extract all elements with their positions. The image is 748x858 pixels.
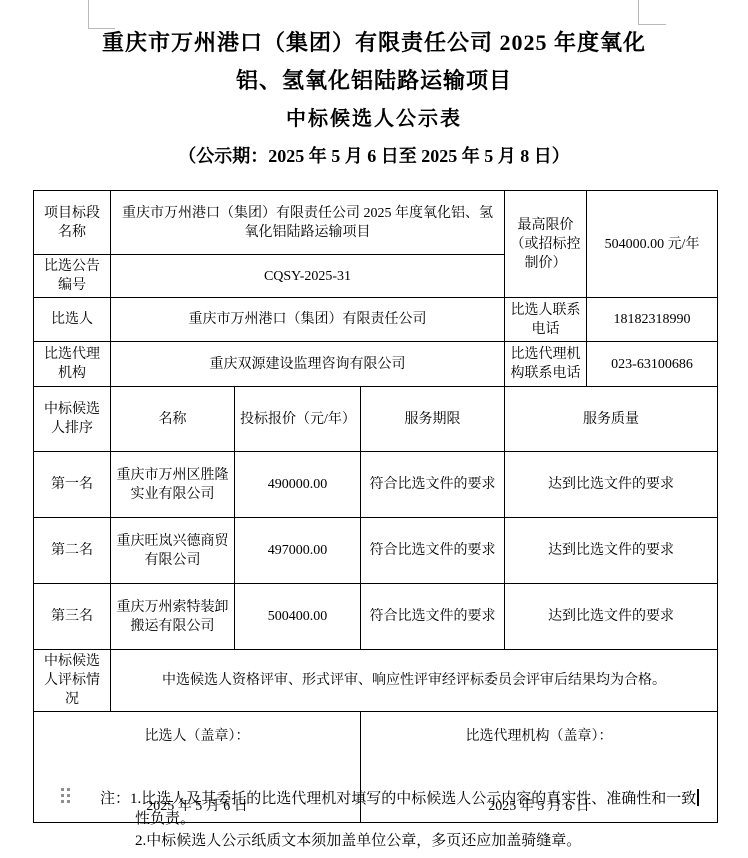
candidate-service-quality: 达到比选文件的要求 (505, 452, 718, 518)
evaluation-label: 中标候选人评标情况 (34, 650, 111, 712)
agency-seal-label: 比选代理机构（盖章）： (374, 727, 704, 746)
candidates-header-service-quality: 服务质量 (505, 387, 718, 452)
agency-value: 重庆双源建设监理咨询有限公司 (111, 342, 505, 387)
candidates-header-service-period: 服务期限 (361, 387, 505, 452)
candidate-bid-price: 500400.00 (235, 584, 361, 650)
project-section-label: 项目标段名称 (34, 191, 111, 255)
document-subtitle: 中标候选人公示表 (0, 106, 748, 132)
table-row-evaluation: 中标候选人评标情况 中选候选人资格评审、形式评审、响应性评审经评标委员会评审后结… (34, 650, 718, 712)
publicity-period: （公示期：2025 年 5 月 6 日至 2025 年 5 月 8 日） (0, 144, 748, 168)
table-row-candidate-3: 第三名 重庆万州索特装卸搬运有限公司 500400.00 符合比选文件的要求 达… (34, 584, 718, 650)
document-title-line1: 重庆市万州港口（集团）有限责任公司 2025 年度氧化 (0, 29, 748, 57)
table-row-selector: 比选人 重庆市万州港口（集团）有限责任公司 比选人联系电话 1818231899… (34, 298, 718, 342)
evaluation-value: 中选候选人资格评审、形式评审、响应性评审经评标委员会评审后结果均为合格。 (111, 650, 718, 712)
candidate-name: 重庆市万州区胜隆实业有限公司 (111, 452, 235, 518)
candidate-rank: 第一名 (34, 452, 111, 518)
candidate-service-period: 符合比选文件的要求 (361, 518, 505, 584)
text-boundary-mark-top-right-icon (638, 0, 666, 25)
selector-value: 重庆市万州港口（集团）有限责任公司 (111, 298, 505, 342)
selector-phone-label: 比选人联系电话 (505, 298, 587, 342)
candidates-header-bid-price: 投标报价（元/年） (235, 387, 361, 452)
candidate-bid-price: 497000.00 (235, 518, 361, 584)
table-row-project: 项目标段名称 重庆市万州港口（集团）有限责任公司 2025 年度氧化铝、氢氧化铝… (34, 191, 718, 255)
selector-seal-label: 比选人（盖章）： (47, 727, 347, 746)
candidates-header-name: 名称 (111, 387, 235, 452)
candidate-rank: 第三名 (34, 584, 111, 650)
candidate-rank: 第二名 (34, 518, 111, 584)
candidate-bid-price: 490000.00 (235, 452, 361, 518)
table-row-agency: 比选代理机构 重庆双源建设监理咨询有限公司 比选代理机构联系电话 023-631… (34, 342, 718, 387)
project-section-value: 重庆市万州港口（集团）有限责任公司 2025 年度氧化铝、氢氧化铝陆路运输项目 (111, 191, 505, 255)
notice-number-label: 比选公告编号 (34, 255, 111, 298)
publicity-table: 项目标段名称 重庆市万州港口（集团）有限责任公司 2025 年度氧化铝、氢氧化铝… (33, 190, 718, 823)
agency-label: 比选代理机构 (34, 342, 111, 387)
document-page: 重庆市万州港口（集团）有限责任公司 2025 年度氧化 铝、氢氧化铝陆路运输项目… (0, 0, 748, 858)
notice-number-value: CQSY-2025-31 (111, 255, 505, 298)
candidates-header-rank: 中标候选人排序 (34, 387, 111, 452)
agency-phone-value: 023-63100686 (587, 342, 718, 387)
max-price-value: 504000.00 元/年 (587, 191, 718, 298)
candidate-name: 重庆旺岚兴德商贸有限公司 (111, 518, 235, 584)
document-title-line2: 铝、氢氧化铝陆路运输项目 (0, 67, 748, 95)
agency-phone-label: 比选代理机构联系电话 (505, 342, 587, 387)
note-line-1-text: 注：1.比选人及其委托的比选代理机对填写的中标候选人公示内容的真实性、准确性和一… (100, 791, 696, 807)
table-row-candidates-header: 中标候选人排序 名称 投标报价（元/年） 服务期限 服务质量 (34, 387, 718, 452)
note-line-3: 2.中标候选人公示纸质文本须加盖单位公章，多页还应加盖骑缝章。 (135, 832, 581, 851)
candidate-service-period: 符合比选文件的要求 (361, 452, 505, 518)
text-boundary-mark-top-left-icon (88, 0, 115, 29)
table-row-candidate-2: 第二名 重庆旺岚兴德商贸有限公司 497000.00 符合比选文件的要求 达到比… (34, 518, 718, 584)
max-price-label: 最高限价（或招标控制价） (505, 191, 587, 298)
selector-phone-value: 18182318990 (587, 298, 718, 342)
table-row-candidate-1: 第一名 重庆市万州区胜隆实业有限公司 490000.00 符合比选文件的要求 达… (34, 452, 718, 518)
text-cursor (697, 789, 699, 806)
candidate-service-period: 符合比选文件的要求 (361, 584, 505, 650)
candidate-service-quality: 达到比选文件的要求 (505, 584, 718, 650)
selector-label: 比选人 (34, 298, 111, 342)
note-line-2: 性负责。 (135, 810, 195, 829)
candidate-name: 重庆万州索特装卸搬运有限公司 (111, 584, 235, 650)
note-line-1: 注：1.比选人及其委托的比选代理机对填写的中标候选人公示内容的真实性、准确性和一… (100, 789, 699, 809)
candidate-service-quality: 达到比选文件的要求 (505, 518, 718, 584)
paragraph-drag-handle-icon[interactable] (61, 788, 70, 803)
